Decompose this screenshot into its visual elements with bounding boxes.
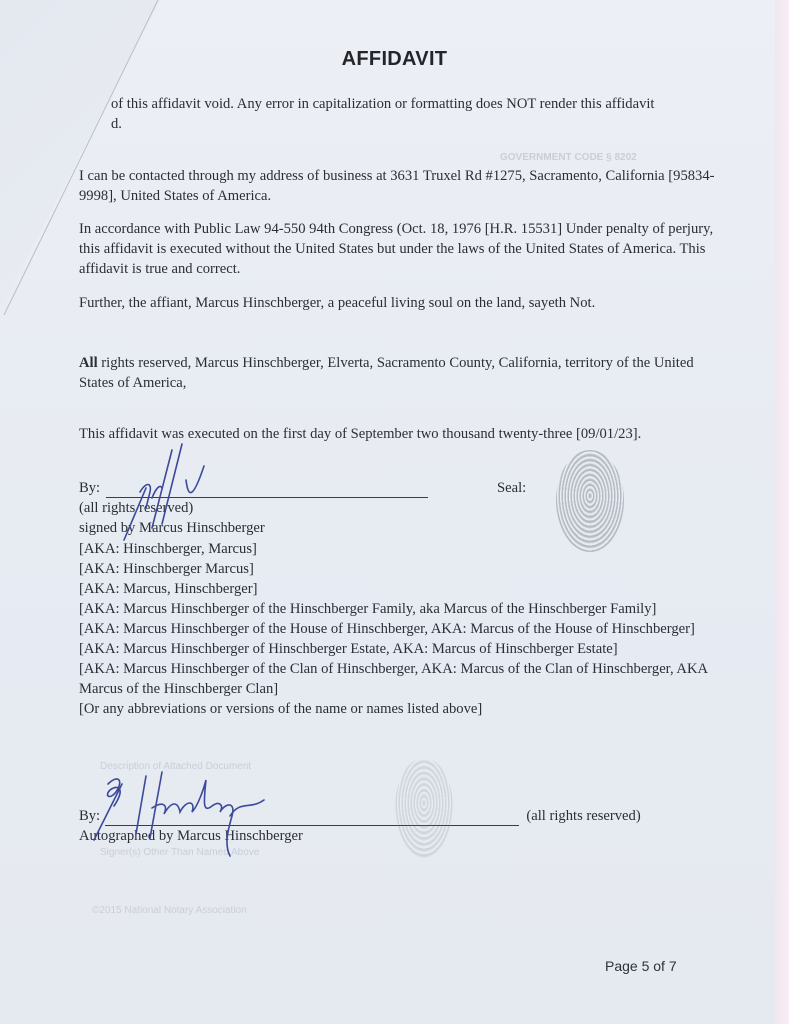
seal-label: Seal:	[497, 478, 526, 498]
signature-line-2	[105, 811, 519, 826]
page-number: Page 5 of 7	[605, 958, 677, 974]
rights-note-2: (all rights reserved)	[526, 808, 640, 824]
signed-by: signed by Marcus Hinschberger	[79, 518, 719, 538]
aka-item: [AKA: Marcus Hinschberger of the Clan of…	[79, 659, 719, 699]
rights-paragraph: All rights reserved, Marcus Hinschberger…	[79, 353, 719, 393]
further-paragraph: Further, the affiant, Marcus Hinschberge…	[79, 293, 719, 313]
aka-list: [AKA: Hinschberger, Marcus] [AKA: Hinsch…	[79, 539, 719, 719]
rights-rest: rights reserved, Marcus Hinschberger, El…	[79, 355, 694, 391]
bleed-through-signers: Signer(s) Other Than Named Above	[100, 847, 259, 858]
fingerprint-seal	[556, 450, 624, 552]
aka-item: [AKA: Hinschberger, Marcus]	[79, 539, 719, 559]
bleed-through-copyright: ©2015 National Notary Association	[92, 905, 247, 916]
contact-paragraph: I can be contacted through my address of…	[79, 166, 719, 206]
bleed-through-government-code: GOVERNMENT CODE § 8202	[500, 152, 637, 163]
fingerprint-faint	[395, 758, 453, 858]
aka-item: [AKA: Marcus Hinschberger of the House o…	[79, 619, 719, 639]
by-label-2: By:	[79, 808, 100, 824]
intro-fragment: of this affidavit void. Any error in cap…	[111, 94, 721, 134]
signature-line-1	[106, 483, 428, 498]
intro-fragment-line2: d.	[111, 114, 721, 134]
law-paragraph: In accordance with Public Law 94-550 94t…	[79, 219, 719, 279]
executed-paragraph: This affidavit was executed on the first…	[79, 424, 719, 444]
aka-item: [AKA: Marcus, Hinschberger]	[79, 579, 719, 599]
rights-bold: All	[79, 355, 98, 371]
aka-item: [AKA: Marcus Hinschberger of the Hinschb…	[79, 599, 719, 619]
affidavit-page: GOVERNMENT CODE § 8202 ©2015 National No…	[0, 0, 789, 1024]
aka-item: [AKA: Hinschberger Marcus]	[79, 559, 719, 579]
by-label-1: By:	[79, 480, 100, 496]
intro-fragment-line1: of this affidavit void. Any error in cap…	[111, 94, 721, 114]
aka-item: [AKA: Marcus Hinschberger of Hinschberge…	[79, 639, 719, 659]
bleed-through-description: Description of Attached Document	[100, 761, 251, 772]
document-title: AFFIDAVIT	[0, 48, 789, 71]
page-edge	[775, 0, 789, 1024]
aka-item: [Or any abbreviations or versions of the…	[79, 699, 719, 719]
